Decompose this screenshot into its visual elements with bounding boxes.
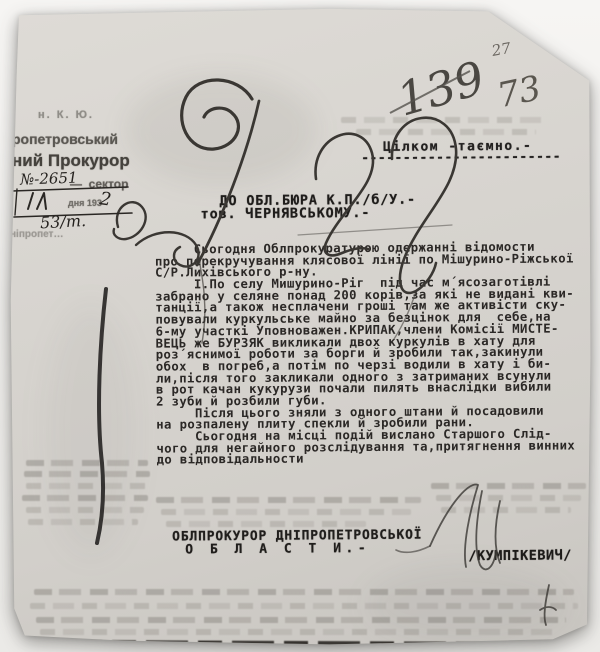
bleed-through-line [26,460,148,466]
body-text: Сьогодня Облпрокуратурою одержанні відом… [155,241,599,467]
bleed-through-line [26,507,144,513]
signature-title-line2: О Б Л А С Т И.- [185,541,370,557]
bleed-through-line [441,507,571,513]
bleed-through-line [24,471,150,477]
bleed-through-line [166,521,366,527]
bleed-through-line [36,617,566,623]
bleed-through-line [26,483,146,489]
bleed-through-line [40,629,560,635]
torn-bottom-edge [26,640,582,647]
bleed-through-line [341,117,546,123]
bleed-through-line [356,129,536,135]
scan-background: н. К. Ю. ропетровський ний Прокурор — се… [0,0,600,652]
document-paper: н. К. Ю. ропетровський ний Прокурор — се… [6,5,594,647]
signature-name: /КУМПІКЕВИЧ/ [468,547,572,564]
bleed-through-line [156,497,421,503]
body-line: до відповідальности [157,452,599,467]
secrecy-underline: ------------------------ [361,149,561,166]
bleed-through-line [30,603,578,609]
bleed-through-line [22,495,148,501]
paper-shadow: н. К. Ю. ропетровський ний Прокурор — се… [0,0,600,652]
bleed-through-line [34,589,574,595]
bleed-through-line [436,495,581,501]
typed-content: Цілком -таємно.- -----------------------… [4,2,597,649]
bleed-through-line [431,483,586,489]
bleed-through-line [161,509,411,515]
bleed-through-line [28,519,138,525]
addressee-line2: тов. ЧЕРНЯВСЬКОМУ.- [201,205,371,222]
